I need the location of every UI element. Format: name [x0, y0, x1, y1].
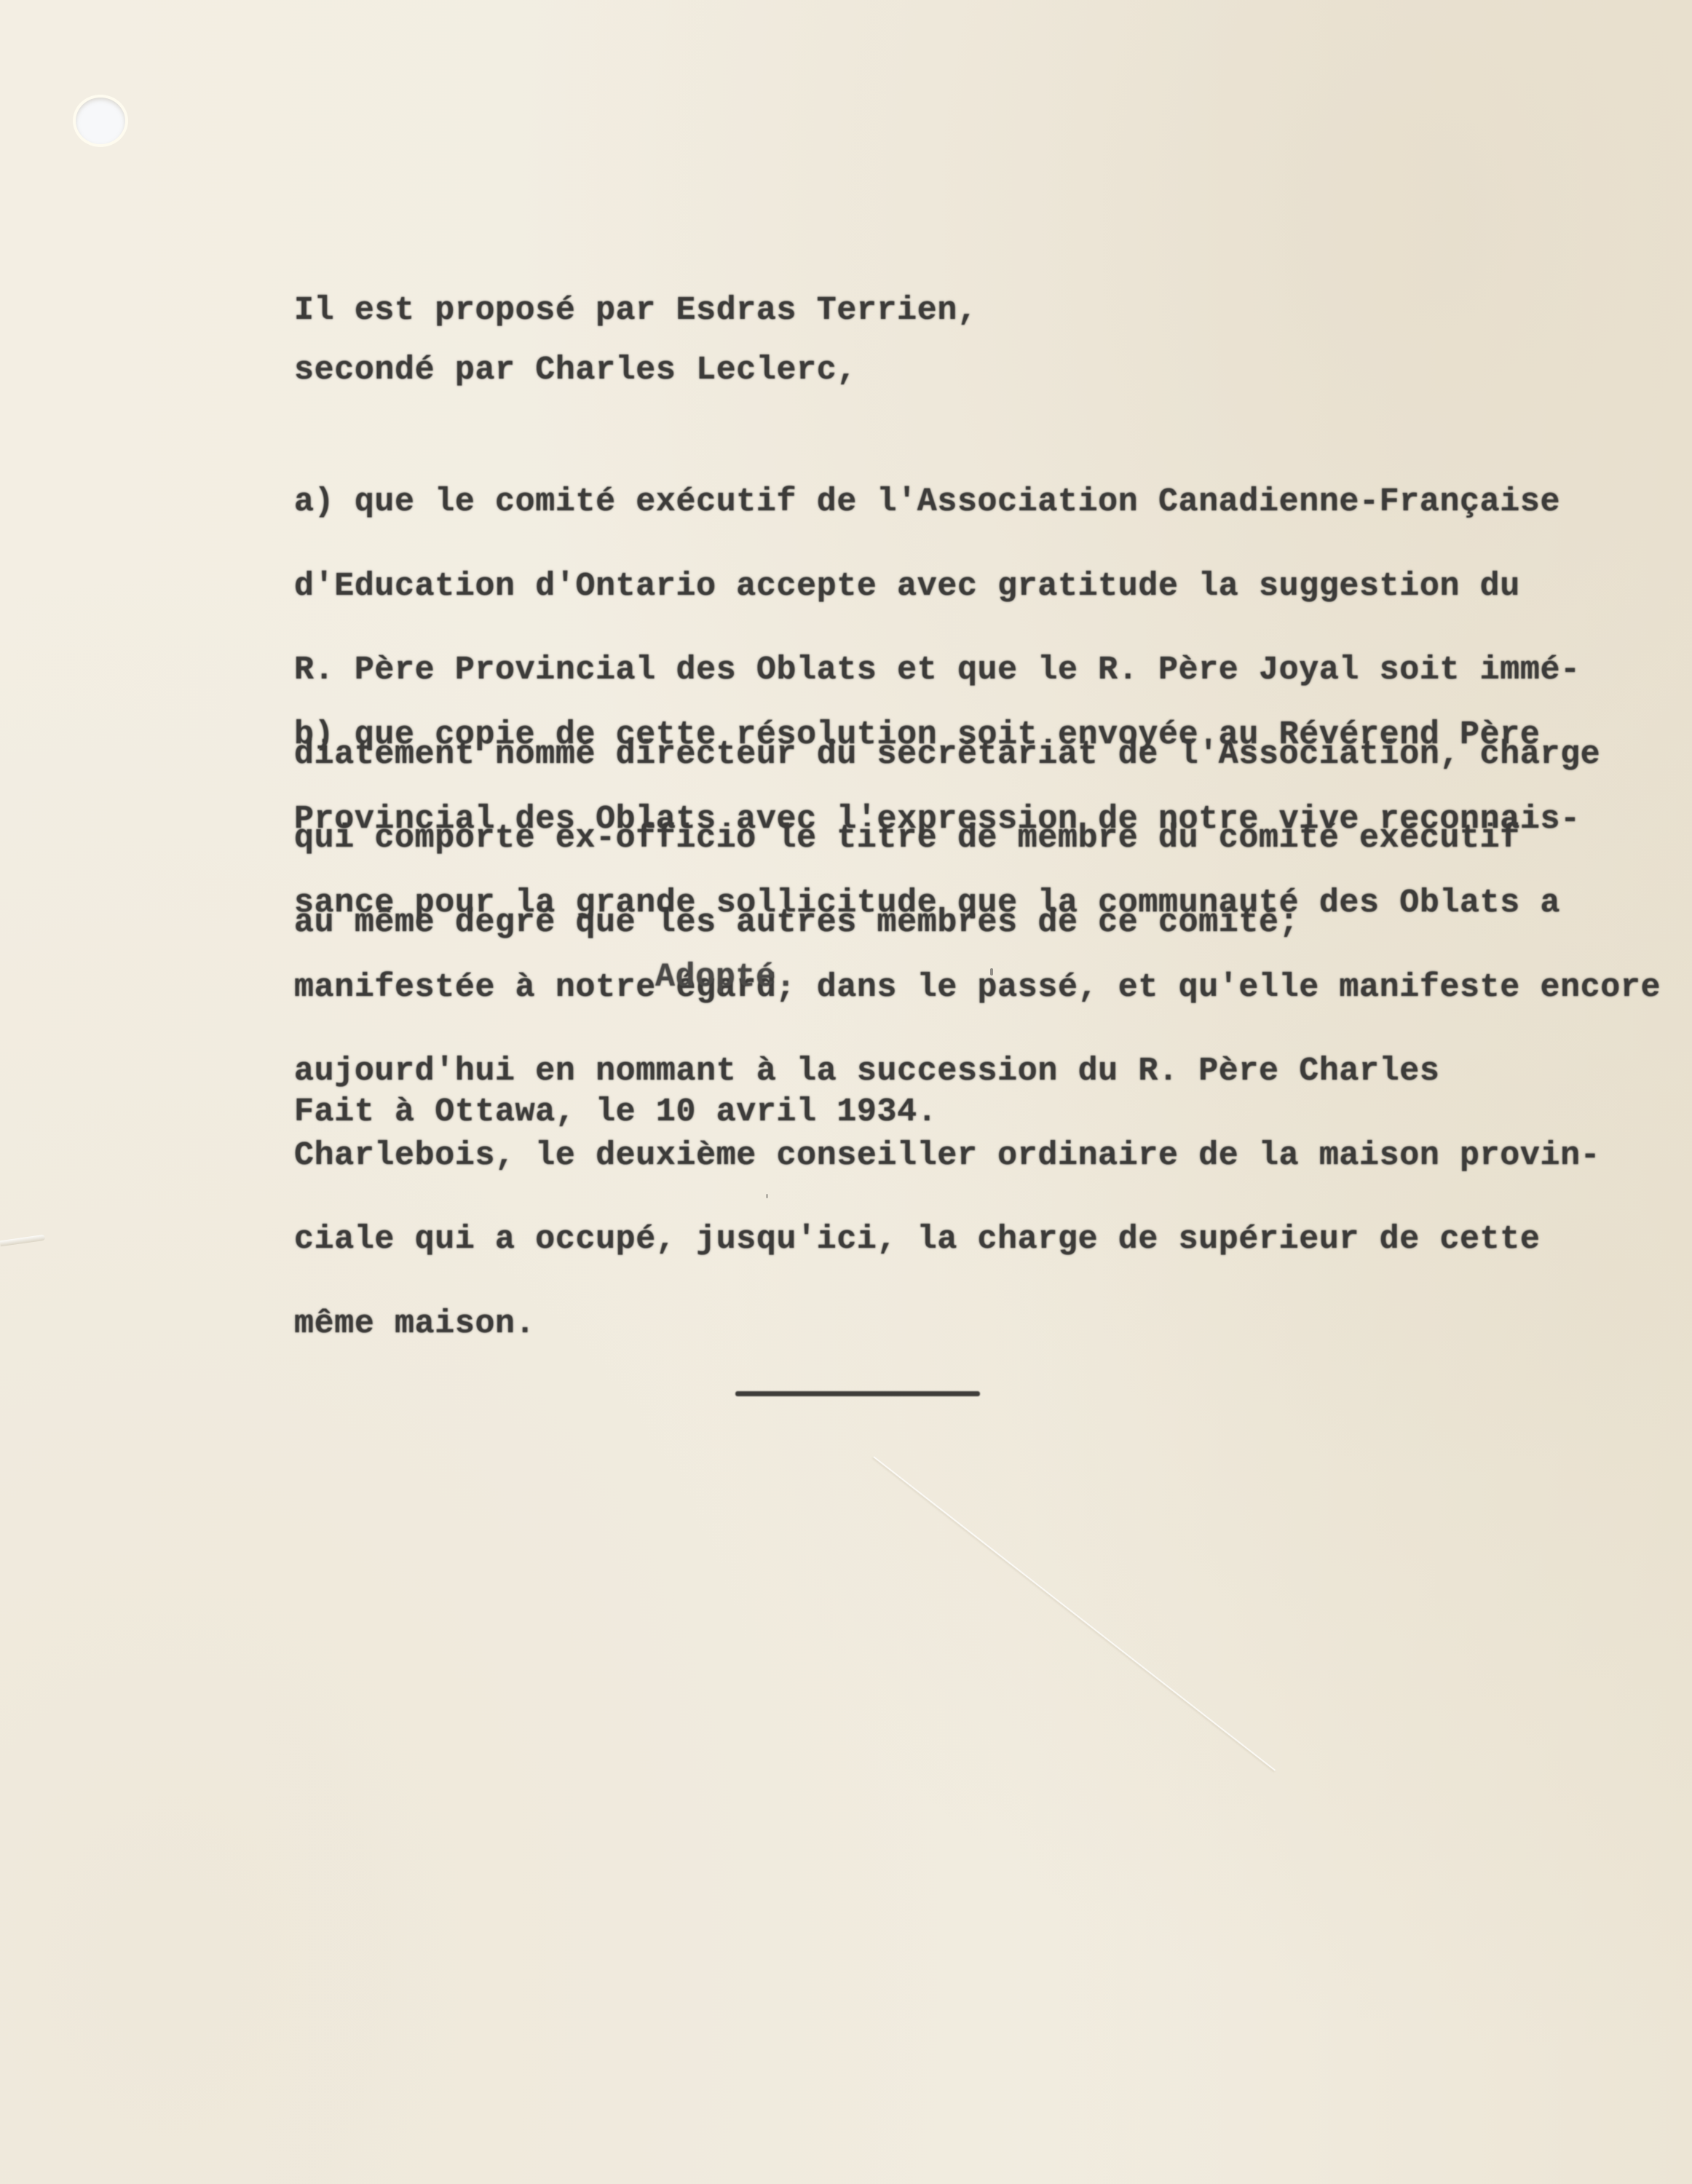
stray-ink-mark [766, 1194, 768, 1198]
edge-tear [0, 1235, 45, 1247]
place-date-signoff: Fait à Ottawa, le 10 avril 1934. [294, 1099, 937, 1127]
paragraph-line: d'Education d'Ontario accepte avec grati… [294, 573, 1600, 601]
paper-crease [873, 1456, 1276, 1771]
paragraph-line: Charlebois, le deuxième conseiller ordin… [294, 1142, 1661, 1171]
paragraph-line: sance pour la grande sollicitude que la … [294, 890, 1661, 918]
paragraph-line: b) que copie de cette résolution soit en… [294, 721, 1661, 750]
closing-rule [735, 1391, 980, 1396]
paragraph-line: manifestée à notre égard, dans le passé,… [294, 974, 1661, 1002]
paragraph-line: Provincial des Oblats avec l'expression … [294, 806, 1661, 834]
paragraph-line: a) que le comité exécutif de l'Associati… [294, 488, 1600, 517]
stray-ink-mark [990, 968, 993, 976]
paragraph-line: ciale qui a occupé, jusqu'ici, la charge… [294, 1226, 1661, 1254]
paragraph-line: aujourd'hui en nommant à la succession d… [294, 1058, 1661, 1086]
seconder-line: secondé par Charles Leclerc, [294, 357, 857, 385]
paragraph-line: même maison. [294, 1310, 1661, 1339]
proposer-line: Il est proposé par Esdras Terrien, [294, 297, 978, 325]
typewritten-page: Il est proposé par Esdras Terrien, secon… [0, 0, 1692, 2184]
adopted-label: Adopté. [655, 964, 796, 992]
punch-hole [76, 98, 125, 144]
resolution-paragraph-b: b) que copie de cette résolution soit en… [294, 665, 1661, 1394]
